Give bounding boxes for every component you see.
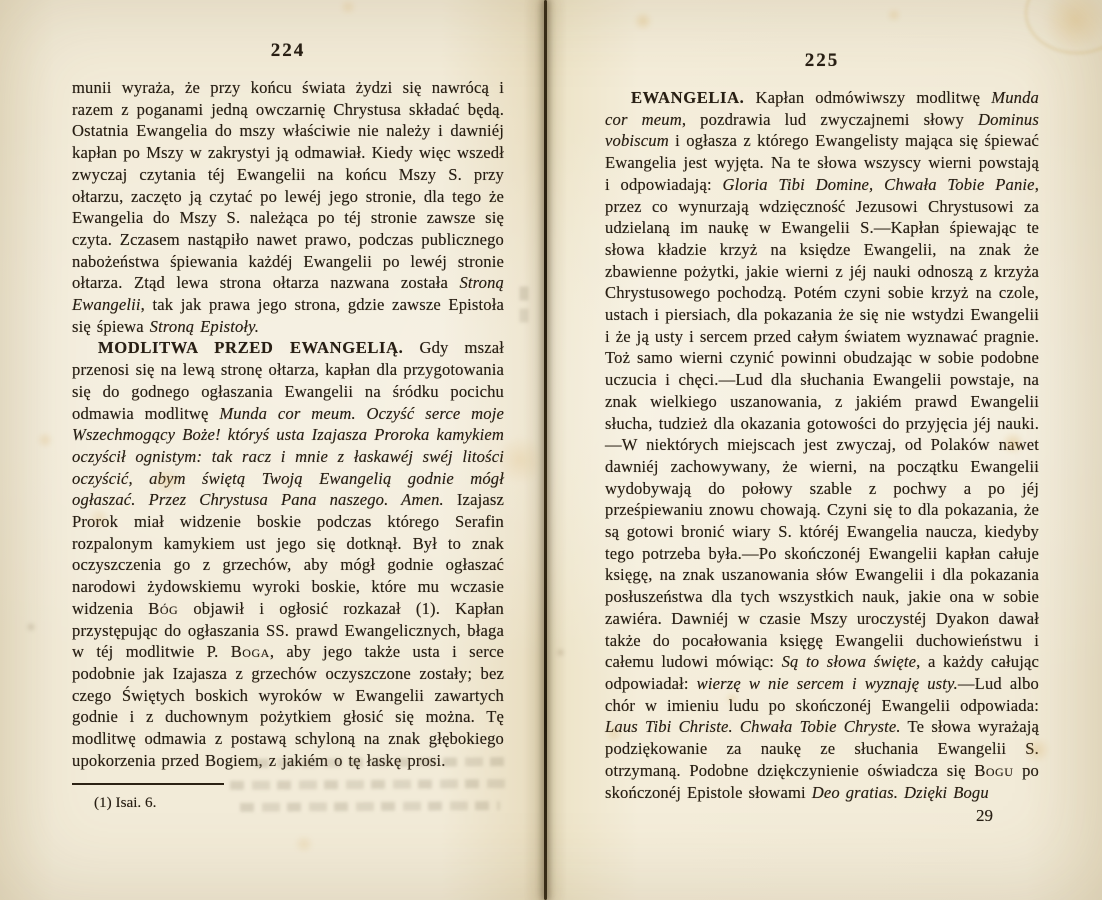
- text-segment-italic: Dzięki Bogu: [904, 783, 989, 802]
- foxing-spot: [632, 12, 654, 30]
- signature-number: 29: [605, 806, 1039, 826]
- text-segment-italic: Stroną Epistoły.: [150, 317, 259, 336]
- text-segment-smallcaps: Bogu: [974, 761, 1013, 780]
- text-segment-normal: , pozdrawia lud zwyczajnemi słowy: [682, 110, 978, 129]
- text-segment-normal: Kapłan odmówiwszy modlitwę: [744, 88, 991, 107]
- foxing-spot: [36, 432, 54, 448]
- foxing-spot: [556, 648, 565, 657]
- text-segment-smallcaps: Boga: [231, 642, 270, 661]
- text-segment-italic: Laus Tibi Christe. Chwała Tobie Chryste.: [605, 717, 901, 736]
- page-left-text: munii wyraża, że przy końcu świata żydzi…: [72, 77, 504, 772]
- text-segment-smallcaps: Bóg: [148, 599, 178, 618]
- text-segment-italic: Deo gratias.: [812, 783, 898, 802]
- text-segment-normal: , przez co wynurzają wdzięczność Jezusow…: [605, 175, 1039, 671]
- foxing-spot: [292, 836, 316, 852]
- text-segment-normal: [356, 404, 367, 423]
- footnote-rule: [72, 783, 224, 785]
- text-segment-italic: Gloria Tibi Domine, Chwała Tobie Panie: [723, 175, 1035, 194]
- bleed-through-text: [520, 287, 529, 323]
- foxing-spot: [886, 8, 902, 22]
- book-spread: 224 munii wyraża, że przy końcu świata ż…: [0, 0, 1102, 900]
- foxing-spot: [1040, 0, 1102, 50]
- foxing-spot: [26, 622, 36, 632]
- stain-ring: [1025, 0, 1102, 54]
- text-segment-bold: EWANGELIA.: [631, 88, 744, 107]
- page-number-right: 225: [605, 50, 1039, 72]
- text-segment-normal: munii wyraża, że przy końcu świata żydzi…: [72, 78, 504, 292]
- text-segment-bold: MODLITWA PRZED EWANGELIĄ.: [98, 338, 403, 357]
- paragraph: munii wyraża, że przy końcu świata żydzi…: [72, 77, 504, 337]
- text-segment-normal: , aby jego także usta i serce podobnie j…: [72, 642, 504, 770]
- foxing-spot: [338, 0, 358, 14]
- foxing-spot: [500, 430, 540, 490]
- page-right-text: EWANGELIA. Kapłan odmówiwszy modlitwę Mu…: [605, 87, 1039, 803]
- footnote: (1) Isai. 6.: [72, 794, 504, 812]
- text-segment-italic: Munda cor meum.: [219, 404, 355, 423]
- page-number-left: 224: [72, 40, 504, 62]
- book-gutter: [544, 0, 547, 900]
- page-left: 224 munii wyraża, że przy końcu świata ż…: [72, 40, 504, 812]
- text-segment-italic: Są to słowa święte: [782, 652, 917, 671]
- text-segment-italic: wierzę w nie sercem i wyznaję usty.: [697, 674, 958, 693]
- paragraph: EWANGELIA. Kapłan odmówiwszy modlitwę Mu…: [605, 87, 1039, 803]
- page-right: 225 EWANGELIA. Kapłan odmówiwszy modlitw…: [605, 50, 1039, 826]
- paragraph: MODLITWA PRZED EWANGELIĄ. Gdy mszał prze…: [72, 337, 504, 771]
